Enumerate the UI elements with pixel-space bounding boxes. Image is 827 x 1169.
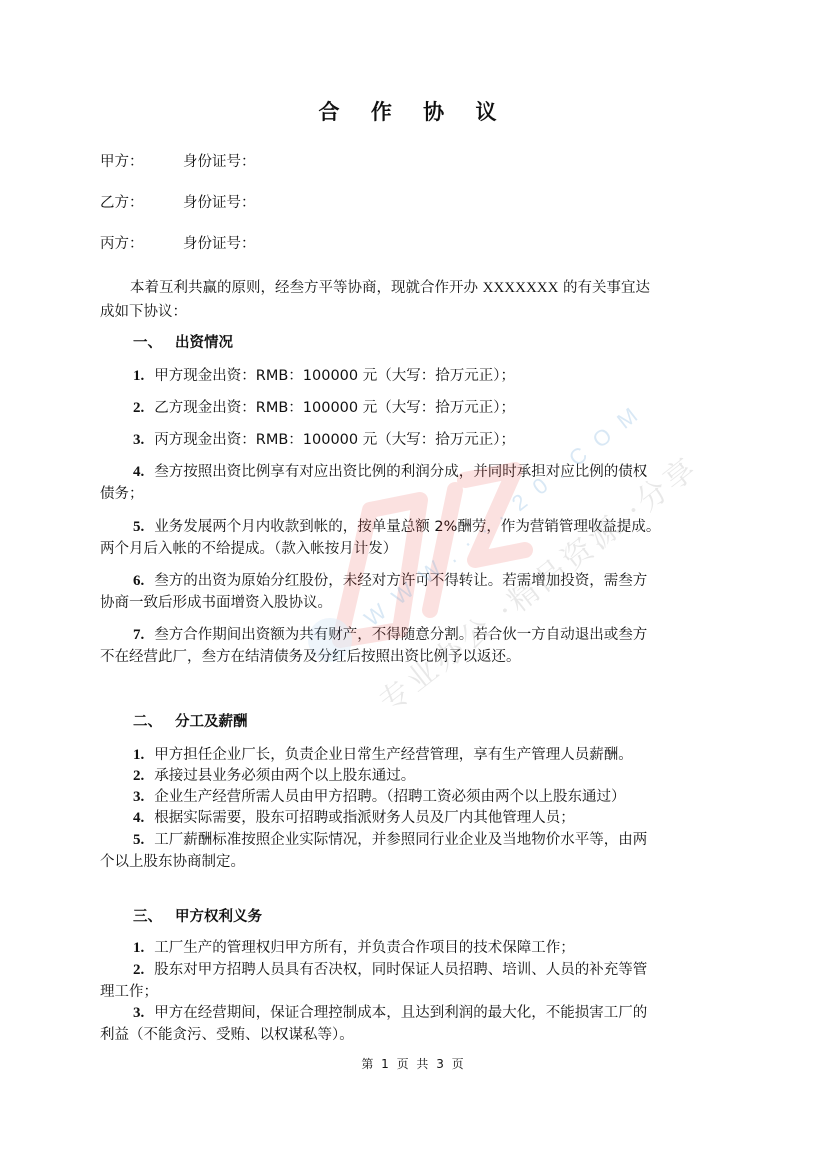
list-item-continuation: 两个月后入帐的不给提成。（款入帐按月计发） [100,540,397,558]
list-item: 4.叁方按照出资比例享有对应出资比例的利润分成，并同时承担对应比例的债权 [133,463,647,481]
list-item: 6.叁方的出资为原始分红股份，未经对方许可不得转让。若需增加投资，需叁方 [133,572,647,590]
document-page: 合 作 协 议 甲方： 身份证号： 乙方： 身份证号： 丙方： 身份证号： 本着… [0,0,827,1169]
list-item-continuation: 协商一致后形成书面增资入股协议。 [100,594,332,612]
item-text: 甲方担任企业厂长，负责企业日常生产经营管理，享有生产管理人员薪酬。 [154,747,633,763]
party-row-c: 丙方： [100,235,144,253]
list-item-continuation: 债务； [100,485,144,503]
item-number: 1. [133,940,144,956]
list-item: 5.业务发展两个月内收款到帐的，按单量总额 2%酬劳，作为营销管理收益提成。 [133,518,660,536]
item-text: 工厂生产的管理权归甲方所有，并负责合作项目的技术保障工作； [154,940,575,956]
item-number: 4. [133,464,144,480]
item-number: 7. [133,627,144,643]
item-text: 叁方按照出资比例享有对应出资比例的利润分成，并同时承担对应比例的债权 [154,464,647,480]
item-number: 6. [133,573,144,589]
section-heading-2: 二、分工及薪酬 [133,713,248,731]
list-item: 2.乙方现金出资：RMB：100000 元（大写：拾万元正）； [133,399,515,417]
item-text: 甲方现金出资：RMB：100000 元（大写：拾万元正）； [154,368,515,384]
party-row-b: 乙方： [100,194,144,212]
item-text: 业务发展两个月内收款到帐的，按单量总额 2%酬劳，作为营销管理收益提成。 [154,519,660,535]
item-text: 叁方合作期间出资额为共有财产，不得随意分割。若合伙一方自动退出或叁方 [154,627,647,643]
list-item: 1.甲方现金出资：RMB：100000 元（大写：拾万元正）； [133,367,515,385]
list-item: 5.工厂薪酬标准按照企业实际情况，并参照同行业企业及当地物价水平等，由两 [133,831,647,849]
section-title: 甲方权利义务 [175,909,262,925]
list-item: 4.根据实际需要，股东可招聘或指派财务人员及厂内其他管理人员； [133,809,575,827]
list-item-continuation: 个以上股东协商制定。 [100,853,245,871]
list-item: 7.叁方合作期间出资额为共有财产，不得随意分割。若合伙一方自动退出或叁方 [133,626,647,644]
section-title: 分工及薪酬 [175,714,248,730]
item-text: 根据实际需要，股东可招聘或指派财务人员及厂内其他管理人员； [154,810,575,826]
item-text: 企业生产经营所需人员由甲方招聘。（招聘工资必须由两个以上股东通过） [154,789,625,805]
item-text: 承接过县业务必须由两个以上股东通过。 [154,768,415,784]
item-text: 叁方的出资为原始分红股份，未经对方许可不得转让。若需增加投资，需叁方 [154,573,647,589]
item-text: 股东对甲方招聘人员具有否决权，同时保证人员招聘、培训、人员的补充等管 [154,962,647,978]
id-label: 身份证号： [183,195,256,211]
list-item: 3.企业生产经营所需人员由甲方招聘。（招聘工资必须由两个以上股东通过） [133,788,626,806]
party-id-b: 身份证号： [183,194,256,212]
id-label: 身份证号： [183,154,256,170]
list-item: 3.丙方现金出资：RMB：100000 元（大写：拾万元正）； [133,431,515,449]
section-heading-1: 一、出资情况 [133,334,233,352]
party-id-a: 身份证号： [183,153,256,171]
item-number: 3. [133,432,144,448]
item-number: 2. [133,962,144,978]
item-number: 3. [133,789,144,805]
item-number: 3. [133,1005,144,1021]
item-text: 甲方在经营期间，保证合理控制成本，且达到利润的最大化，不能损害工厂的 [154,1005,647,1021]
item-number: 1. [133,368,144,384]
list-item: 2.承接过县业务必须由两个以上股东通过。 [133,767,415,785]
item-number: 4. [133,810,144,826]
party-id-c: 身份证号： [183,235,256,253]
watermark-url: WWW.···20.COM [359,394,653,632]
document-title: 合 作 协 议 [0,99,827,125]
intro-text: 本着互利共赢的原则，经叁方平等协商，现就合作开办 [130,280,483,296]
list-item: 3.甲方在经营期间，保证合理控制成本，且达到利润的最大化，不能损害工厂的 [133,1004,647,1022]
party-label: 甲方： [100,154,144,170]
item-number: 2. [133,768,144,784]
section-heading-3: 三、甲方权利义务 [133,908,262,926]
list-item-continuation: 理工作； [100,983,158,1001]
list-item-continuation: 不在经营此厂，叁方在结清债务及分红后按照出资比例予以返还。 [100,648,521,666]
page-number-footer: 第 1 页 共 3 页 [0,1055,827,1072]
venture-name-placeholder: XXXXXXX [483,280,559,296]
id-label: 身份证号： [183,236,256,252]
section-number: 一、 [133,334,175,352]
item-number: 2. [133,400,144,416]
list-item: 1.工厂生产的管理权归甲方所有，并负责合作项目的技术保障工作； [133,939,575,957]
list-item-continuation: 利益（不能贪污、受贿、以权谋私等）。 [100,1026,354,1044]
list-item: 1.甲方担任企业厂长，负责企业日常生产经营管理，享有生产管理人员薪酬。 [133,746,633,764]
item-text: 乙方现金出资：RMB：100000 元（大写：拾万元正）； [154,400,515,416]
item-text: 工厂薪酬标准按照企业实际情况，并参照同行业企业及当地物价水平等，由两 [154,832,647,848]
intro-text: 的有关事宜达 [558,280,650,296]
list-item: 2.股东对甲方招聘人员具有否决权，同时保证人员招聘、培训、人员的补充等管 [133,961,647,979]
item-number: 1. [133,747,144,763]
intro-paragraph-line-1: 本着互利共赢的原则，经叁方平等协商，现就合作开办 XXXXXXX 的有关事宜达 [130,279,650,297]
item-text: 丙方现金出资：RMB：100000 元（大写：拾万元正）； [154,432,515,448]
item-number: 5. [133,832,144,848]
section-number: 三、 [133,908,175,926]
intro-paragraph-line-2: 成如下协议： [100,303,187,321]
party-row-a: 甲方： [100,153,144,171]
item-number: 5. [133,519,144,535]
section-title: 出资情况 [175,335,233,351]
section-number: 二、 [133,713,175,731]
party-label: 丙方： [100,236,144,252]
party-label: 乙方： [100,195,144,211]
